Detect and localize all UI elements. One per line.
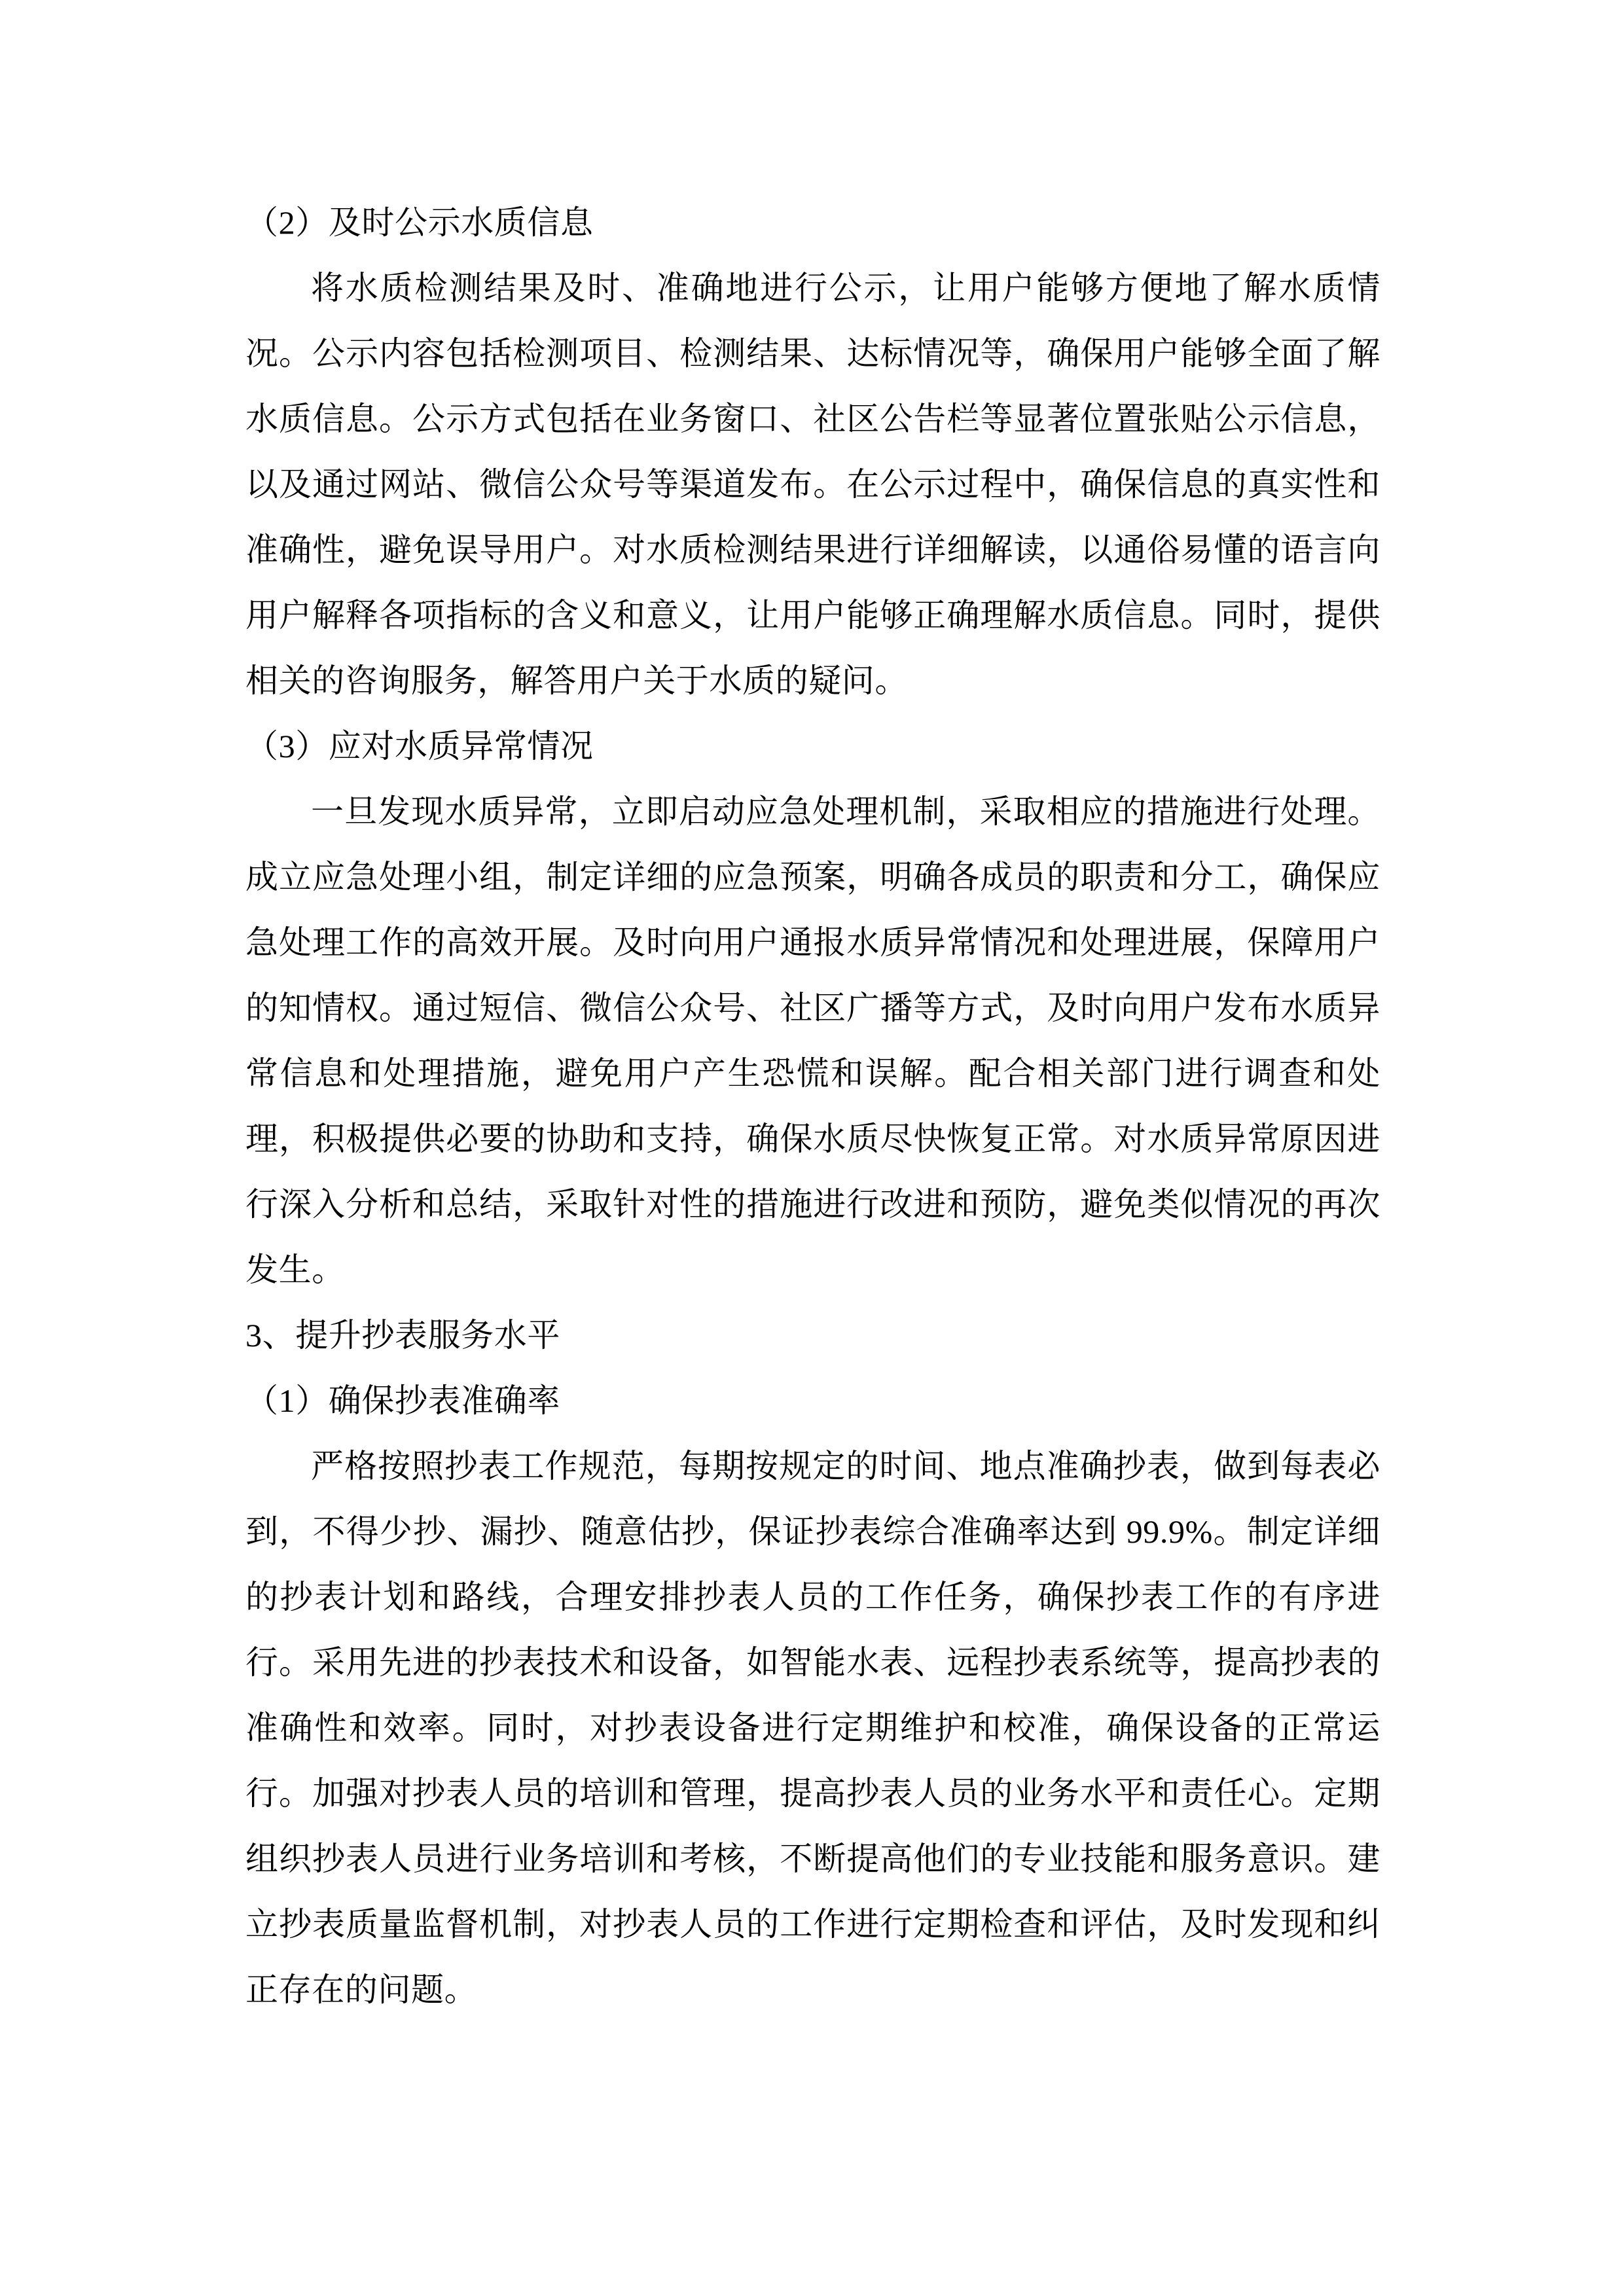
section-heading: （1）确保抄表准确率 — [245, 1368, 1380, 1433]
section-heading: （2）及时公示水质信息 — [245, 190, 1380, 255]
section-heading: （3）应对水质异常情况 — [245, 713, 1380, 779]
body-paragraph: 将水质检测结果及时、准确地进行公示，让用户能够方便地了解水质情况。公示内容包括检… — [245, 255, 1380, 713]
document-page: （2）及时公示水质信息将水质检测结果及时、准确地进行公示，让用户能够方便地了解水… — [0, 0, 1624, 2296]
body-paragraph: 一旦发现水质异常，立即启动应急处理机制，采取相应的措施进行处理。成立应急处理小组… — [245, 779, 1380, 1302]
body-paragraph: 严格按照抄表工作规范，每期按规定的时间、地点准确抄表，做到每表必到，不得少抄、漏… — [245, 1433, 1380, 2022]
section-heading: 3、提升抄表服务水平 — [245, 1302, 1380, 1368]
document-body: （2）及时公示水质信息将水质检测结果及时、准确地进行公示，让用户能够方便地了解水… — [245, 190, 1380, 2022]
